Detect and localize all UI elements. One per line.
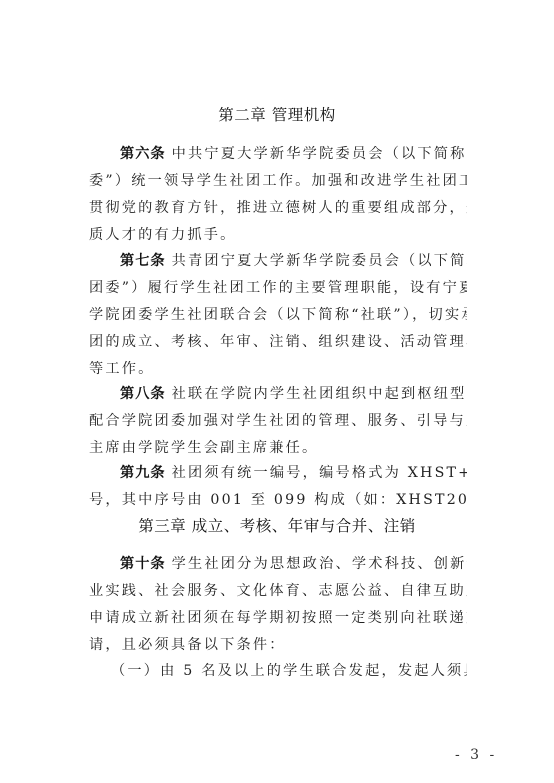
article-10-line-4: 请，且必须具备以下条件： <box>89 636 467 654</box>
article-10-line-3: 申请成立新社团须在每学期初按照一定类别向社联递交成立申 <box>89 609 467 627</box>
article-10-line-2: 业实践、社会服务、文化体育、志愿公益、自律互助及其他类。 <box>89 582 467 600</box>
article-7-line-4: 团的成立、考核、年审、注销、组织建设、活动管理、经费管理 <box>89 333 467 351</box>
article-7-line-2: 团委”）履行学生社团工作的主要管理职能，设有宁夏大学新华 <box>89 279 467 297</box>
article-10-label: 第十条 <box>120 556 166 572</box>
article-10-line-1: 第十条学生社团分为思想政治、学术科技、创新创业、专 <box>89 555 467 573</box>
article-8-line-3: 主席由学院学生会副主席兼任。 <box>89 439 467 457</box>
article-6-line-2: 委”）统一领导学生社团工作。加强和改进学生社团工作是学院 <box>89 172 467 190</box>
article-8-line-2: 配合学院团委加强对学生社团的管理、服务、引导与监督。社联 <box>89 412 467 430</box>
chapter-heading-2: 第二章 管理机构 <box>0 103 554 125</box>
article-8-line-1: 第八条社联在学院内学生社团组织中起到枢纽型的作用， <box>89 385 467 403</box>
article-7-label: 第七条 <box>120 253 166 269</box>
article-7-line-1: 第七条共青团宁夏大学新华学院委员会（以下简称“学院 <box>89 252 467 270</box>
article-6-line-1: 第六条中共宁夏大学新华学院委员会（以下简称“学院党 <box>89 145 467 163</box>
document-page: 第二章 管理机构 第六条中共宁夏大学新华学院委员会（以下简称“学院党 委”）统一… <box>0 0 554 783</box>
article-6-label: 第六条 <box>120 146 166 162</box>
article-7-line-3: 学院团委学生社团联合会（以下简称“社联”），切实承担学生社 <box>89 306 467 324</box>
article-9-label: 第九条 <box>120 465 166 481</box>
chapter-heading-3: 第三章 成立、考核、年审与合并、注销 <box>0 514 554 536</box>
article-6-line-4: 质人才的有力抓手。 <box>89 226 467 244</box>
article-6-line-3: 贯彻党的教育方针，推进立德树人的重要组成部分，是培养高素 <box>89 199 467 217</box>
item-1-line-1: （一）由 5 名及以上的学生联合发起，发起人须具有学院正 <box>89 662 467 680</box>
article-9-line-2: 号，其中序号由 001 至 099 构成（如：XHST201810001）。 <box>89 491 467 509</box>
article-8-label: 第八条 <box>120 386 166 402</box>
article-9-line-1: 第九条社团须有统一编号，编号格式为 XHST+审批年月+序 <box>89 464 467 482</box>
page-number: - 3 - <box>455 747 497 763</box>
article-7-line-5: 等工作。 <box>89 360 467 378</box>
